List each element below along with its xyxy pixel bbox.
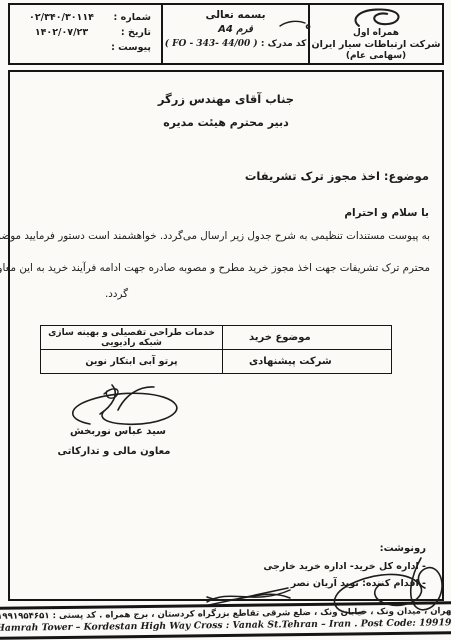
doc-code: کد مدرک : ( FO - 343- 44/00 ) bbox=[163, 39, 308, 49]
attachment-value bbox=[18, 42, 105, 53]
table-row-company: شرکت پیشنهادی پرتو آبی ابتکار نوین bbox=[41, 350, 392, 374]
brand-section: همراه اول شرکت ارتباطات سیار ایران (سهام… bbox=[308, 5, 442, 63]
company-type: (سهامی عام) bbox=[310, 51, 442, 62]
purchase-subject-value: خدمات طراحی تفصیلی و بهینه سازی شبکه راد… bbox=[41, 326, 223, 350]
meta-row-attachment: پیوست : bbox=[18, 42, 151, 53]
body-line-1: به پیوست مستندات تنظیمی به شرح جدول زیر … bbox=[44, 230, 430, 242]
body-line-3: گردد. bbox=[105, 288, 128, 300]
meta-row-number: شماره : ۰۲/۳۴۰/۳۰۱۱۴ bbox=[18, 12, 151, 23]
number-value: ۰۲/۳۴۰/۳۰۱۱۴ bbox=[18, 12, 105, 23]
signer-name: سید عباس نوربخش bbox=[52, 426, 184, 437]
number-label: شماره : bbox=[105, 12, 151, 23]
meta-section: شماره : ۰۲/۳۴۰/۳۰۱۱۴ تاریخ : ۱۴۰۲/۰۷/۲۳ … bbox=[10, 5, 161, 63]
letterhead: همراه اول شرکت ارتباطات سیار ایران (سهام… bbox=[8, 3, 444, 65]
attachment-label: پیوست : bbox=[105, 42, 151, 53]
proposed-company-label: شرکت پیشنهادی bbox=[223, 350, 392, 374]
date-value: ۱۴۰۲/۰۷/۲۳ bbox=[18, 27, 105, 38]
doc-code-value: ( FO - 343- 44/00 ) bbox=[165, 39, 258, 49]
recipient-name: جناب آقای مهندس زرگر bbox=[10, 92, 442, 106]
letter-body: جناب آقای مهندس زرگر دبیر محترم هیئت مدی… bbox=[8, 70, 444, 601]
purchase-subject-label: موضوع خرید bbox=[223, 326, 392, 350]
meta-row-date: تاریخ : ۱۴۰۲/۰۷/۲۳ bbox=[18, 27, 151, 38]
table-row-subject: موضوع خرید خدمات طراحی تفصیلی و بهینه سا… bbox=[41, 326, 392, 350]
proposed-company-value: پرتو آبی ابتکار نوین bbox=[41, 350, 223, 374]
handwritten-mark-icon bbox=[278, 16, 312, 35]
logo-wordmark: همراه اول bbox=[310, 28, 442, 39]
body-line-2: محترم ترک تشریفات جهت اخذ مجوز خرید مطرح… bbox=[44, 262, 430, 274]
recipient-title: دبیر محترم هیئت مدیره bbox=[10, 116, 442, 129]
subject-line: موضوع: اخذ مجوز ترک تشریفات bbox=[245, 169, 429, 183]
signer-title: معاون مالی و تدارکاتی bbox=[38, 446, 190, 457]
date-label: تاریخ : bbox=[105, 27, 151, 38]
purchase-table: موضوع خرید خدمات طراحی تفصیلی و بهینه سا… bbox=[40, 325, 392, 374]
approver-signature-icon bbox=[305, 552, 451, 622]
scanned-letter-page: همراه اول شرکت ارتباطات سیار ایران (سهام… bbox=[0, 0, 451, 640]
doc-code-label: کد مدرک : bbox=[261, 39, 306, 49]
company-name: شرکت ارتباطات سیار ایران bbox=[310, 39, 442, 51]
salutation: با سلام و احترام bbox=[344, 207, 429, 219]
